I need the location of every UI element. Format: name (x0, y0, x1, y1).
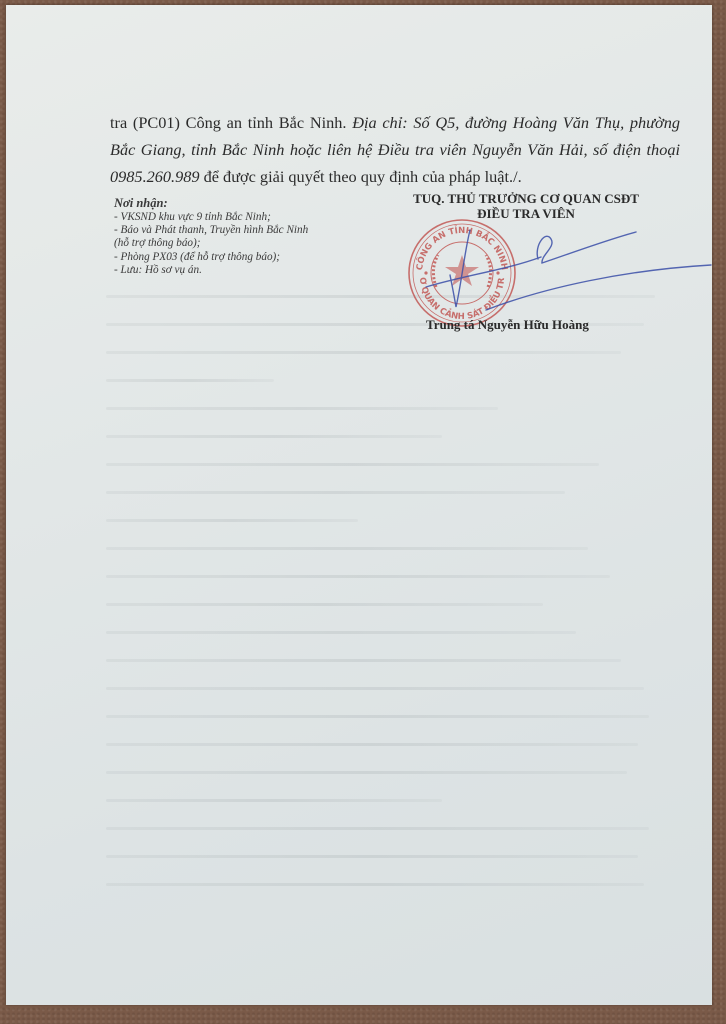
recipient-item: (hỗ trợ thông báo); (114, 237, 354, 250)
recipients-title: Nơi nhận: (114, 196, 354, 211)
recipient-item: - Phòng PX03 (để hỗ trợ thông báo); (114, 251, 354, 264)
recipient-item: - VKSND khu vực 9 tỉnh Bắc Ninh; (114, 211, 354, 224)
body-paragraph: tra (PC01) Công an tỉnh Bắc Ninh. Địa ch… (110, 109, 680, 190)
document-page: tra (PC01) Công an tỉnh Bắc Ninh. Địa ch… (6, 5, 712, 1005)
signer-name: Trung tá Nguyễn Hữu Hoàng (426, 317, 646, 333)
body-text-plain: tra (PC01) Công an tỉnh Bắc Ninh. (110, 113, 352, 132)
body-text-closing: để được giải quyết theo quy định của phá… (200, 167, 522, 186)
signer-authority: TUQ. THỦ TRƯỞNG CƠ QUAN CSĐT (376, 191, 676, 206)
recipient-item: - Báo và Phát thanh, Truyền hình Bắc Nin… (114, 224, 354, 237)
handwritten-signature (406, 225, 716, 315)
bleed-through-text (106, 295, 666, 911)
recipient-item: - Lưu: Hồ sơ vụ án. (114, 264, 354, 277)
recipients-block: Nơi nhận: - VKSND khu vực 9 tỉnh Bắc Nin… (114, 196, 354, 277)
